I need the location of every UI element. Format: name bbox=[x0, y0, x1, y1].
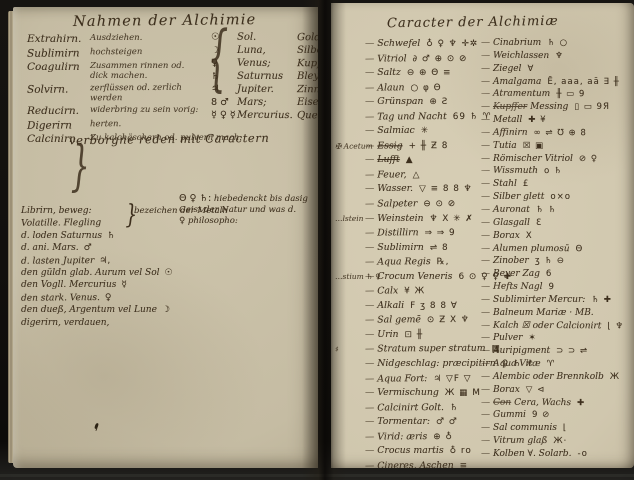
planet-name: Sol. bbox=[237, 31, 297, 44]
entry-row: —Kolben ∀. Solarb.-o bbox=[481, 448, 624, 461]
entry-dash: — bbox=[365, 242, 374, 253]
entry-dash: — bbox=[481, 218, 490, 228]
metal-name-symbol: ♄ bbox=[107, 231, 115, 241]
entry-name: Vitriol bbox=[377, 53, 406, 64]
entry-name: Sublimirn bbox=[377, 242, 423, 253]
entry-row: —ConCera, Wachs✚ bbox=[481, 396, 624, 410]
process-definition: herten. bbox=[90, 119, 121, 131]
planet-table: ☉Sol.Goldt ☽Luna,Silber ♀Venus;Kupffer ♄… bbox=[211, 31, 318, 122]
entry-name: Feuer, bbox=[377, 169, 406, 180]
entry-dash: — bbox=[481, 64, 490, 74]
entry-symbols: ♄ bbox=[450, 403, 459, 413]
planet-symbol: ☽ bbox=[211, 44, 237, 57]
entry-name: Urin bbox=[377, 329, 398, 340]
entry-row: —Kalch ☒ oder Calcionirt⌊ ♆ bbox=[481, 319, 624, 333]
entry-dash: — bbox=[365, 300, 374, 311]
entry-symbols: + ╫ Ƶ 8 bbox=[409, 141, 449, 151]
entry-symbols: ¥ Ж bbox=[404, 286, 425, 296]
metal-name-symbol: ♂ bbox=[84, 243, 92, 253]
planet-name: Mercurius. bbox=[237, 109, 297, 122]
entry-symbols: ♈ bbox=[547, 359, 556, 369]
metal-name-text: den dueß, Argentum vel Lune bbox=[21, 305, 157, 315]
entry-symbols: 9 ⊘ bbox=[532, 410, 550, 420]
metal-name-row: den stark. Venus.♀ bbox=[21, 291, 173, 305]
entry-dash: — bbox=[365, 111, 374, 122]
entry-name: Silber glett bbox=[493, 192, 544, 202]
planet-symbol: ☿ ♀ ☿ bbox=[211, 108, 237, 121]
entry-name: Ziegel bbox=[493, 64, 521, 74]
process-row: Digerirn herten. bbox=[27, 118, 242, 132]
entry-name: Zinober bbox=[493, 256, 529, 266]
planet-symbol: 8 ♂ bbox=[211, 96, 237, 109]
entry-symbols: ⇌ 8 bbox=[430, 243, 449, 253]
entry-row: —BoraxΧ bbox=[481, 230, 624, 243]
entry-dash: — bbox=[365, 373, 374, 384]
planet-name: Luna, bbox=[237, 44, 297, 57]
entry-symbols: Ɛ bbox=[536, 218, 542, 228]
entry-row: —Balneum Mariæ · MB. bbox=[481, 307, 624, 320]
entry-name: Lufft bbox=[377, 154, 399, 165]
entry-margin-note: ♯ bbox=[335, 343, 339, 357]
left-page: Nahmen der Alchimie Extrahirn. Ausdziehe… bbox=[13, 7, 318, 468]
entry-name: Stratum super stratum bbox=[377, 343, 485, 355]
process-definition: widerbring zu sein vorig: bbox=[90, 105, 198, 117]
entry-symbols: ♄ ✚ bbox=[591, 295, 612, 305]
entry-symbols: ⇒ ⇒ 9 bbox=[425, 228, 456, 238]
planet-metal: Zinn bbox=[297, 84, 318, 95]
entry-dash: — bbox=[365, 140, 374, 151]
entry-name: Sal communis bbox=[493, 423, 557, 433]
entry-name: Grünspan bbox=[377, 96, 423, 107]
entry-dash: — bbox=[365, 387, 374, 398]
entry-name: Auronat bbox=[493, 205, 530, 215]
entry-dash: — bbox=[365, 53, 374, 64]
entry-name: Vitrum glaß bbox=[493, 436, 547, 446]
entry-dash: — bbox=[365, 67, 374, 78]
entry-symbols: Ē, aaa, aā ∃ ╫ bbox=[547, 77, 619, 87]
entry-dash: — bbox=[365, 416, 374, 427]
entry-row: —GlasgallƐ bbox=[481, 217, 624, 230]
entry-name: Aqua Regis bbox=[377, 256, 430, 267]
entry-name: Balneum Mariæ · MB. bbox=[493, 308, 594, 318]
entry-symbols: Ж· bbox=[553, 436, 567, 446]
metal-name-row: d. lasten Jupiter♃, bbox=[21, 254, 173, 268]
symbol-column-right: —Cinabrium♄ ○ —Weichlassen♆ —Ziegel∀ —Am… bbox=[481, 37, 624, 461]
entry-name: Tag und Nacht bbox=[377, 111, 446, 122]
process-name: Solvirn. bbox=[27, 83, 81, 103]
entry-row: —Römischer Vitriol⊘ ♀ bbox=[481, 153, 624, 166]
process-definition: hochsteigen bbox=[90, 47, 142, 59]
entry-dash: — bbox=[481, 102, 490, 112]
manuscript-photo: Nahmen der Alchimie Extrahirn. Ausdziehe… bbox=[0, 0, 634, 480]
entry-symbols: -o bbox=[577, 449, 587, 459]
entry-dash: — bbox=[481, 346, 490, 356]
entry-dash: — bbox=[481, 115, 490, 125]
entry-symbols: o ♄ bbox=[544, 166, 563, 176]
entry-symbols: ⊕ Ƨ bbox=[429, 97, 448, 107]
entry-row: —Hefts Nagl9 bbox=[481, 281, 624, 295]
metal-name-list: Librirn, beweg: Volatille. Flegling d. l… bbox=[21, 205, 173, 329]
entry-dash: — bbox=[365, 228, 374, 239]
entry-symbols: ⊕ ♁ bbox=[433, 432, 453, 442]
entry-dash: — bbox=[481, 166, 490, 176]
planet-row: ☿ ♀ ☿Mercurius.Quecksilber bbox=[211, 108, 318, 122]
entry-name: Borax bbox=[493, 385, 520, 395]
metal-name-row: digerirn, verdauen, bbox=[21, 317, 173, 329]
entry-dash: — bbox=[365, 125, 374, 136]
entry-name: Wasser. bbox=[377, 183, 413, 194]
entry-symbols: Ж ▦ M bbox=[445, 388, 481, 398]
process-name: Sublimirn bbox=[27, 47, 81, 59]
entry-symbols: ╫ ▭ 9 bbox=[556, 89, 585, 99]
entry-name: Salmiac bbox=[377, 125, 414, 136]
entry-symbols: ▯ ▭ 9Я bbox=[574, 102, 610, 112]
planet-metal: Quecksilber bbox=[297, 110, 318, 121]
entry-dash: — bbox=[481, 243, 490, 253]
entry-symbols: ℞, bbox=[437, 257, 450, 267]
metal-name-text: d. lasten Jupiter bbox=[21, 256, 94, 267]
metal-name-text: den Vogll. Mercurius bbox=[21, 280, 116, 290]
process-row: Reducirn. widerbring zu sein vorig: bbox=[27, 105, 242, 117]
planet-name: Saturnus bbox=[237, 70, 297, 83]
entry-dash: — bbox=[365, 358, 374, 369]
entry-symbols: ∂ ♂ ⊕ ⊙ ⊘ bbox=[413, 53, 468, 63]
entry-dash: — bbox=[365, 169, 374, 180]
process-name: Digerirn bbox=[27, 119, 81, 131]
entry-dash: — bbox=[481, 295, 490, 305]
metal-name-symbol: ☽ bbox=[162, 305, 170, 315]
metal-name-text: Librirn, beweg: bbox=[21, 206, 92, 216]
entry-dash: — bbox=[365, 257, 374, 268]
entry-symbols: ✚ bbox=[577, 398, 585, 408]
entry-name: Calx bbox=[377, 286, 398, 297]
entry-symbols: ♁ ro bbox=[450, 446, 472, 456]
planet-row: ♃Jupiter.Zinn bbox=[211, 82, 318, 96]
entry-name: Virid: æris bbox=[377, 431, 427, 442]
planet-name: Jupiter. bbox=[237, 83, 297, 96]
entry-row: —Stahl£ bbox=[481, 178, 624, 191]
entry-name: Metall bbox=[493, 115, 522, 125]
entry-name: Atramentum bbox=[493, 89, 550, 99]
entry-dash: — bbox=[365, 445, 374, 456]
process-definition: Zusammen rinnen od. dick machen. bbox=[90, 61, 184, 81]
entry-name: Cinabrium bbox=[493, 38, 541, 48]
entry-symbols: £ bbox=[523, 179, 529, 189]
entry-symbols: ✚ ¥ bbox=[528, 115, 546, 125]
entry-row: —Vitrum glaßЖ· bbox=[481, 435, 624, 449]
entry-dash: — bbox=[481, 320, 490, 330]
planet-metal: Eisen bbox=[297, 97, 318, 108]
entry-dash: — bbox=[481, 77, 490, 87]
entry-dash: — bbox=[481, 38, 490, 48]
entry-dash: — bbox=[365, 271, 374, 282]
entry-name: Alumen plumosū bbox=[493, 243, 570, 253]
entry-row: —Alumen plumosūΘ bbox=[481, 242, 624, 256]
entry-symbols: △ bbox=[413, 170, 421, 180]
entry-name: Gummi bbox=[493, 410, 526, 420]
entry-dash: — bbox=[481, 256, 490, 266]
entry-dash: — bbox=[365, 460, 374, 468]
entry-name: Sal gemē bbox=[377, 315, 421, 326]
entry-name: Aqua Vitæ bbox=[493, 359, 541, 369]
metal-name-row: den güldn glab. Aurum vel Sol☉ bbox=[21, 267, 173, 279]
planet-metal: Kupffer bbox=[297, 58, 318, 69]
entry-symbols: ✶ bbox=[528, 333, 536, 343]
entry-dash: — bbox=[481, 179, 490, 189]
entry-dash: — bbox=[481, 423, 490, 433]
entry-symbols: ⊖ ⊕ Θ ≡ bbox=[407, 68, 452, 78]
entry-dash: — bbox=[481, 359, 490, 369]
metal-name-text: den güldn glab. Aurum vel Sol bbox=[21, 268, 160, 278]
entry-dash: — bbox=[365, 198, 374, 209]
entry-symbols: ♁ ♀ ♆ ✛✲ bbox=[426, 39, 478, 49]
entry-dash: — bbox=[481, 127, 490, 137]
entry-symbols: ▽ ⊲ bbox=[526, 385, 545, 395]
entry-symbols: ♂ ♂ bbox=[436, 417, 458, 427]
right-page-title: Caracter der Alchimiæ bbox=[387, 14, 559, 31]
planet-row: ♄SaturnusBley bbox=[211, 70, 318, 83]
process-definition: zerflüssen od. zerlich werden bbox=[90, 83, 182, 104]
entry-symbols: ⊡ ╫ bbox=[405, 330, 424, 340]
entry-name: Tormentar: bbox=[377, 416, 430, 427]
planet-metal: Bley bbox=[297, 71, 318, 82]
entry-symbols: ⊃ ⊃ ⇌ bbox=[556, 346, 588, 356]
entry-name: Calcinirt Golt. bbox=[377, 402, 444, 413]
entry-row: —Atramentum╫ ▭ 9 bbox=[481, 88, 624, 102]
entry-name: Kalch ☒ oder Calcionirt bbox=[493, 320, 601, 331]
entry-symbols: ♄ ♄ bbox=[536, 205, 557, 215]
entry-symbols: Θ bbox=[575, 244, 583, 254]
entry-name: Tutia bbox=[493, 141, 517, 151]
entry-margin-note: …lstein bbox=[335, 212, 363, 226]
secret-brace-glyph: } bbox=[71, 139, 90, 193]
metal-name-symbol: ☿ bbox=[121, 280, 127, 290]
entry-dash: — bbox=[481, 385, 490, 395]
entry-row: —Pulver✶ bbox=[481, 332, 624, 345]
entry-struck-word: Con bbox=[493, 397, 511, 407]
metal-name-text: d. loden Saturnus bbox=[21, 231, 102, 241]
entry-struck-word: Kupffer bbox=[493, 102, 527, 112]
planet-name: Mars; bbox=[237, 96, 297, 109]
entry-dash: — bbox=[365, 38, 374, 49]
entry-symbols: 6 bbox=[546, 269, 552, 279]
entry-dash: — bbox=[481, 449, 490, 459]
entry-symbols: ✳ bbox=[421, 126, 429, 136]
entry-dash: — bbox=[365, 402, 374, 413]
planet-name: Venus; bbox=[237, 57, 297, 70]
entry-dash: — bbox=[481, 141, 490, 151]
metal-name-text: d. ani. Mars. bbox=[21, 243, 79, 253]
metal-name-symbol: ♃, bbox=[99, 256, 110, 266]
entry-row: —Alembic oder BrennkolbЖ bbox=[481, 371, 624, 384]
entry-name: Kolben ∀. Solarb. bbox=[493, 449, 571, 459]
entry-dash: — bbox=[481, 333, 490, 343]
entry-symbols: ≡ bbox=[460, 461, 468, 468]
entry-name: Aqua Fort: bbox=[377, 373, 427, 384]
entry-dash: — bbox=[365, 431, 374, 442]
entry-dash: — bbox=[365, 82, 374, 93]
planet-row: 8 ♂Mars;Eisen bbox=[211, 96, 318, 109]
entry-name: Salpeter bbox=[377, 198, 417, 209]
entry-dash: — bbox=[481, 282, 490, 292]
entry-name: Borax bbox=[493, 231, 520, 241]
entry-symbols: ○ φ Θ bbox=[410, 83, 441, 93]
entry-name: Hefts Nagl bbox=[493, 282, 543, 292]
entry-symbols: ▽ ≡ 8 8 ♆ bbox=[419, 184, 473, 194]
entry-name: Auripigment bbox=[493, 346, 550, 356]
entry-name: Essig bbox=[377, 140, 402, 151]
metal-name-symbol: ☉ bbox=[165, 268, 173, 278]
entry-symbols: ▲ bbox=[406, 155, 414, 165]
secret-heading: verborgne reden mit Caractern bbox=[69, 131, 270, 147]
entry-symbols: ∞ ⇌ Ʊ ⊕ 8 bbox=[534, 128, 587, 138]
entry-dash: — bbox=[481, 397, 490, 407]
metal-name-row: Volatille. Flegling bbox=[21, 217, 173, 231]
entry-symbols: ∀ bbox=[527, 64, 534, 74]
entry-name: Alaun bbox=[377, 82, 404, 93]
planet-row: ☉Sol.Goldt bbox=[211, 30, 318, 44]
planet-metal: Silber bbox=[297, 45, 318, 56]
entry-name: Alkali bbox=[377, 300, 404, 311]
metal-name-row: den Vogll. Mercurius☿ bbox=[21, 279, 173, 291]
table-edge bbox=[0, 474, 634, 477]
entry-symbols: ⊘ ♀ bbox=[579, 154, 598, 164]
entry-row: —Beyer Zag6 bbox=[481, 268, 624, 281]
secret-note-symbols: Θ ♀ ♄: bbox=[179, 193, 211, 204]
entry-name: Weinstein bbox=[377, 213, 423, 224]
entry-dash: — bbox=[481, 50, 490, 60]
entry-row: —Silber gletto×o bbox=[481, 191, 624, 204]
process-name: Coagulirn bbox=[27, 61, 81, 81]
entry-symbols: ⌊ bbox=[563, 423, 567, 433]
entry-dash: — bbox=[365, 329, 374, 340]
entry-row: —Auronat♄ ♄ bbox=[481, 204, 624, 218]
left-page-title: Nahmen der Alchimie bbox=[73, 12, 256, 30]
entry-name: Sublimirter Mercur: bbox=[493, 295, 585, 305]
entry-row: —Borax▽ ⊲ bbox=[481, 384, 624, 397]
entry-dash: — bbox=[365, 315, 374, 326]
entry-dash: — bbox=[365, 154, 374, 165]
entry-row: —Tutia☒ ▣ bbox=[481, 140, 624, 153]
entry-row: —Sublimirter Mercur:♄ ✚ bbox=[481, 294, 624, 307]
entry-name: Messing bbox=[530, 102, 568, 112]
entry-row: —Cinabrium♄ ○ bbox=[481, 37, 624, 50]
entry-symbols: o×o bbox=[550, 192, 571, 202]
entry-name: Crocum Veneris bbox=[377, 271, 452, 282]
entry-symbols: ʒ ♄ ⊖ bbox=[535, 256, 565, 266]
metal-name-row: d. ani. Mars.♂ bbox=[21, 242, 173, 254]
entry-row: —Sal communis⌊ bbox=[481, 422, 624, 435]
entry-name: Distillirn bbox=[377, 227, 418, 238]
entry-dash: — bbox=[481, 154, 490, 164]
planet-symbol: ♀ bbox=[211, 56, 237, 69]
entry-symbols: ⊙ Ƶ Χ ♆ bbox=[427, 315, 470, 325]
entry-dash: — bbox=[481, 372, 490, 382]
entry-dash: — bbox=[481, 205, 490, 215]
entry-row: —Weichlassen♆ bbox=[481, 49, 624, 63]
ink-blot bbox=[94, 423, 99, 430]
entry-row: —Auripigment⊃ ⊃ ⇌ bbox=[481, 345, 624, 358]
entry-symbols: ♄ ○ bbox=[547, 38, 568, 48]
entry-name: Alembic oder Brennkolb bbox=[493, 372, 604, 382]
entry-name: Stahl bbox=[493, 179, 517, 189]
entry-dash: — bbox=[365, 286, 374, 297]
secret-note-text-2: ♀ philosopho: bbox=[179, 216, 315, 227]
entry-dash: — bbox=[481, 410, 490, 420]
entry-name: Schwefel bbox=[377, 38, 420, 49]
entry-dash: — bbox=[365, 183, 374, 194]
entry-row: —Gummi9 ⊘ bbox=[481, 409, 624, 422]
entry-row: —Zinoberʒ ♄ ⊖ bbox=[481, 255, 624, 268]
entry-dash: — bbox=[365, 213, 374, 224]
entry-dash: — bbox=[481, 269, 490, 279]
entry-name: Affinirn bbox=[493, 128, 528, 138]
entry-name: Crocus martis bbox=[377, 445, 443, 456]
entry-name: Cineres, Aschen bbox=[377, 460, 453, 468]
entry-symbols: ♆ Χ ✳ ✗ bbox=[430, 214, 474, 224]
entry-row: —Ziegel∀ bbox=[481, 63, 624, 76]
planet-symbol: ♄ bbox=[211, 70, 237, 83]
process-name: Reducirn. bbox=[27, 105, 81, 117]
entry-symbols: Ж bbox=[610, 372, 620, 382]
entry-dash: — bbox=[365, 344, 374, 355]
entry-dash: — bbox=[481, 231, 490, 241]
entry-row: —Metall✚ ¥ bbox=[481, 114, 624, 127]
metal-name-text: Volatille. Flegling bbox=[21, 218, 101, 229]
entry-name: Wissmuth bbox=[493, 166, 538, 176]
entry-dash: — bbox=[481, 436, 490, 446]
entry-dash: — bbox=[481, 192, 490, 202]
planet-row: ♀Venus;Kupffer bbox=[211, 56, 318, 70]
entry-dash: — bbox=[365, 96, 374, 107]
metal-name-text: digerirn, verdauen, bbox=[21, 318, 109, 328]
entry-row: —Wissmutho ♄ bbox=[481, 165, 624, 179]
process-definition: Ausdziehen. bbox=[90, 33, 142, 45]
planet-symbol: ♃ bbox=[211, 82, 237, 95]
entry-name: Pulver bbox=[493, 333, 522, 343]
right-page: Caracter der Alchimiæ —Schwefel♁ ♀ ♆ ✛✲ … bbox=[331, 3, 634, 468]
metal-name-row: den dueß, Argentum vel Lune☽ bbox=[21, 304, 173, 316]
planet-symbol: ☉ bbox=[211, 30, 237, 43]
entry-name: Glasgall bbox=[493, 218, 530, 228]
entry-symbols: ⌊ ♆ bbox=[607, 321, 624, 331]
metal-name-text: den stark. Venus. bbox=[21, 293, 100, 304]
entry-symbols: ♃ ▽F ▽ bbox=[433, 373, 471, 383]
entry-name: Römischer Vitriol bbox=[493, 154, 573, 164]
entry-dash: — bbox=[481, 308, 490, 318]
entry-name: Cera, Wachs bbox=[514, 397, 571, 407]
planet-row: ☽Luna,Silber bbox=[211, 44, 318, 57]
entry-symbols: ☒ ▣ bbox=[523, 141, 544, 151]
entry-dash: — bbox=[481, 89, 490, 99]
entry-row: —Affinirn∞ ⇌ Ʊ ⊕ 8 bbox=[481, 126, 624, 140]
entry-row: —KupfferMessing▯ ▭ 9Я bbox=[481, 101, 624, 114]
process-name: Extrahirn. bbox=[27, 33, 81, 45]
entry-symbols: ⊖ ⊙ ⊘ bbox=[423, 199, 456, 209]
entry-name: Saltz bbox=[377, 67, 401, 78]
entry-row: —AmalgamaĒ, aaa, aā ∃ ╫ bbox=[481, 76, 624, 89]
entry-symbols: Χ bbox=[526, 231, 533, 241]
entry-symbols: ♆ bbox=[555, 51, 564, 61]
entry-name: Vermischung bbox=[377, 387, 439, 398]
entry-symbols: F ʒ 8 8 ∀ bbox=[410, 301, 458, 311]
planet-metal: Goldt bbox=[297, 32, 318, 43]
metal-name-row: d. loden Saturnus♄ bbox=[21, 230, 173, 242]
entry-name: Beyer Zag bbox=[493, 269, 540, 279]
entry-name: Amalgama bbox=[493, 77, 541, 87]
entry-symbols: 9 bbox=[548, 282, 555, 292]
entry-name: Weichlassen bbox=[493, 50, 549, 60]
